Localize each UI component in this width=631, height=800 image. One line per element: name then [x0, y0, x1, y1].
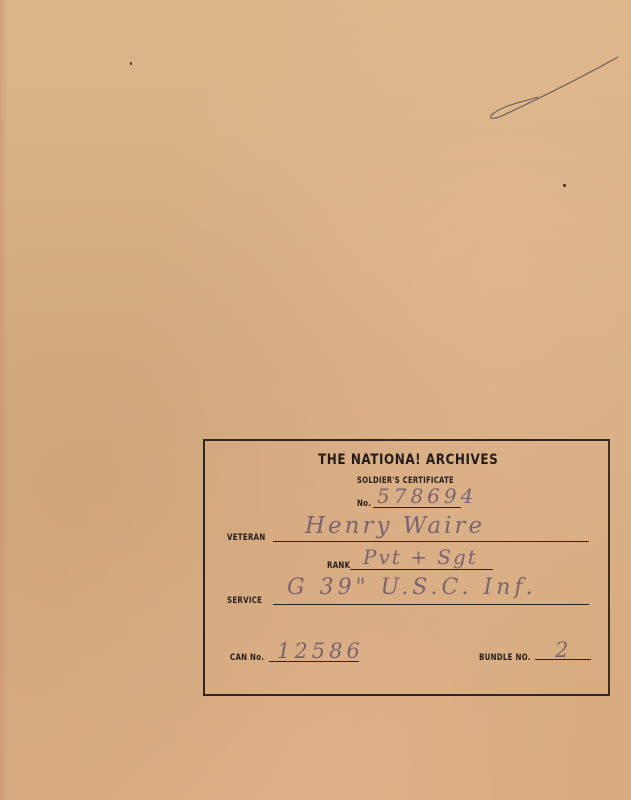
folder-cover: THE NATIONA! ARCHIVES SOLDIER'S CERTIFIC… — [0, 0, 631, 800]
paper-speck — [563, 184, 566, 187]
service-line — [273, 604, 589, 605]
paper-speck — [130, 62, 132, 65]
bundle-number-label: BUNDLE NO. — [479, 653, 531, 663]
certificate-number-label: No. — [357, 499, 371, 509]
paper-edge-discoloration — [0, 0, 8, 800]
certificate-number-value: 578694 — [377, 484, 477, 508]
can-number-label: CAN No. — [230, 653, 264, 663]
rank-line — [350, 569, 493, 570]
veteran-label: VETERAN — [227, 533, 266, 543]
service-label: SERVICE — [227, 596, 262, 606]
soldiers-certificate-label: THE NATIONA! ARCHIVES SOLDIER'S CERTIFIC… — [203, 439, 610, 696]
can-number-value: 12586 — [277, 639, 364, 663]
rank-label: RANK — [327, 561, 350, 571]
archives-header: THE NATIONA! ARCHIVES — [318, 452, 498, 468]
veteran-line — [273, 541, 589, 542]
veteran-name-value: Henry Waire — [305, 513, 485, 539]
pencil-stroke-mark — [486, 55, 626, 125]
service-value: G 39" U.S.C. Inf. — [287, 575, 537, 600]
rank-value: Pvt + Sgt — [363, 545, 478, 569]
bundle-number-value: 2 — [555, 638, 570, 662]
